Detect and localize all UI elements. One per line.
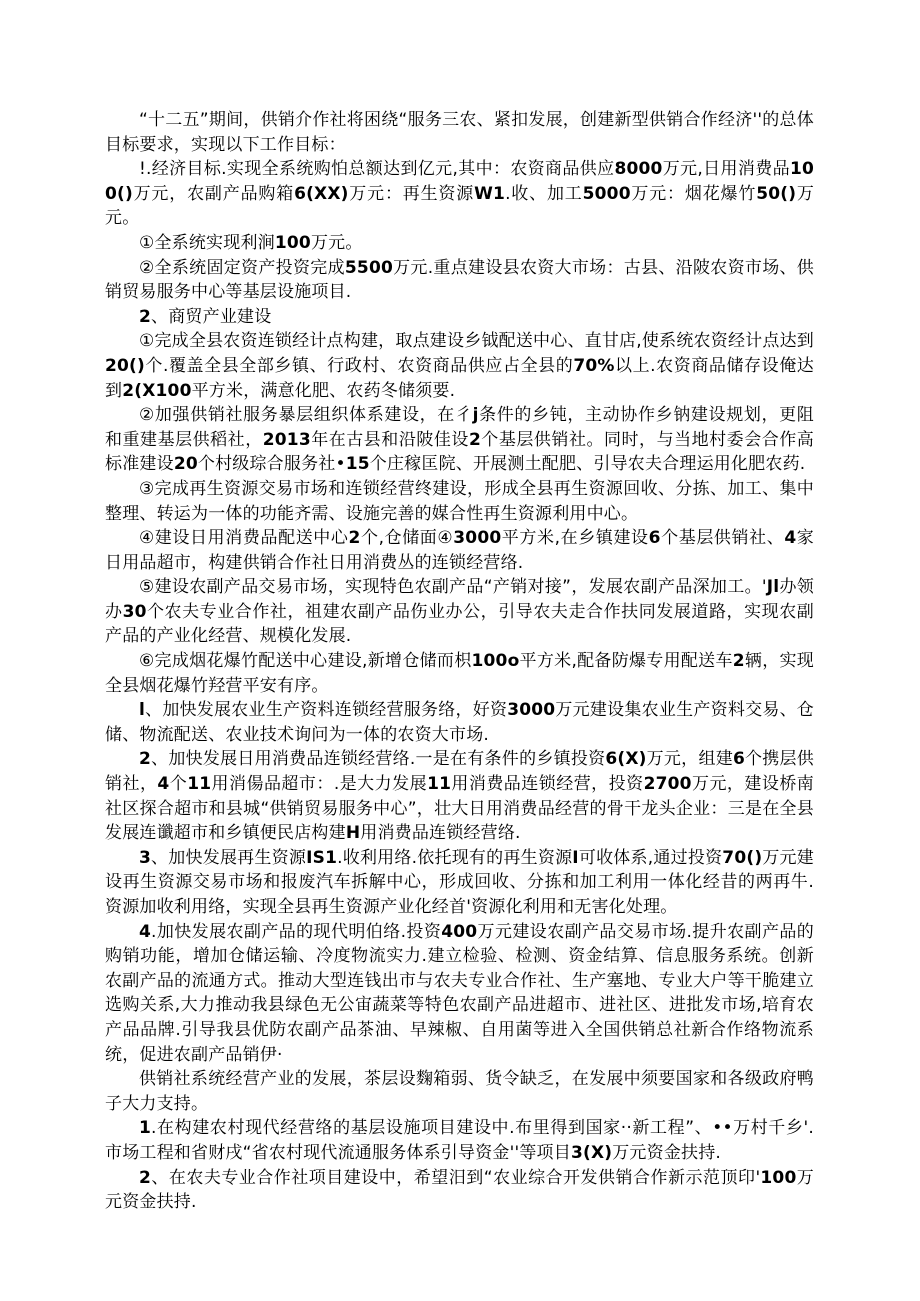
numeric-run: 2013 [263,430,311,450]
paragraph-profit-target: ①全系统实现利涧100万元。 [105,231,814,256]
document-body: “十二五”期间，供销介作社将困绕“服务三农、紧扣发展，创建新型供销合作经济''的… [105,108,814,1215]
numeric-run: 2 [139,307,151,327]
paragraph-grassroots-organization: ②加强供销社服务暴层组织体系建设，在彳j条件的乡钝，主动协作乡钠建设规划，更阻和… [105,403,814,477]
numeric-run: 1 [139,1118,151,1138]
paragraph-economic-target: !.经济目标.实现全系统购怕总额达到亿元,其中：农资商品供应8000万元,日用消… [105,157,814,231]
numeric-run: 100o [472,651,520,671]
numeric-run: 70% [573,356,614,376]
paragraph-agri-materials-chain: l、加快发展农业生产资料连锁经营服务络，好资3000万元建设集农业生产资料交易、… [105,698,814,747]
numeric-run: IS1 [306,848,337,868]
numeric-run: 3(X) [571,1143,612,1163]
numeric-run: 20 [174,454,198,474]
paragraph-modern-agri-network: 4.加快发展农副产品的现代明伯络.投资400万元建设农副产品交易市场.提升农副产… [105,920,814,1068]
numeric-run: 5000 [583,184,631,204]
paragraph-trade-industry-heading: 2、商贸产业建设 [105,305,814,330]
paragraph-consumer-goods-distribution: ④建设日用消费品配送中心2个,仓储面④3000平方米,在乡镇建设6个基层供销社、… [105,526,814,575]
numeric-run: 15 [346,454,370,474]
numeric-run: 2(X100 [122,381,191,401]
numeric-run: 2 [139,749,151,769]
numeric-run: 100 [760,1168,796,1188]
paragraph-daily-goods-chain: 2、加快发展日用消费品连锁经营络.一是在有条件的乡镇投资6(X)万元，组建6个携… [105,747,814,845]
numeric-run: l [139,700,145,720]
numeric-run: 6 [649,528,661,548]
numeric-run: 5500 [345,258,393,278]
paragraph-fireworks-distribution: ⑥完成烟花爆竹配送中心建设,新增仓储而枳100o平方米,配备防爆专用配送车2辆，… [105,649,814,698]
numeric-run: 11 [187,774,211,794]
numeric-run: 6(X) [605,749,646,769]
numeric-run: 3 [139,848,151,868]
document-page: “十二五”期间，供销介作社将困绕“服务三农、紧扣发展，创建新型供销合作经济''的… [0,0,920,1301]
numeric-run: 2 [139,1168,151,1188]
numeric-run: 2 [349,528,361,548]
paragraph-agri-products-market: ⑤建设农副产品交易市场，实现特色农副产品“产销对接”，发展农副产品深加工。'Jl… [105,575,814,649]
numeric-run: 4 [784,528,796,548]
numeric-run: I [572,848,579,868]
numeric-run: 50() [756,184,796,204]
paragraph-funding-item-1: 1.在构建农村现代经营络的基层设施项目建设中.布里得到国家··新工程”、••万村… [105,1116,814,1165]
numeric-run: 70() [722,848,762,868]
numeric-run: 2 [733,651,745,671]
paragraph-fixed-asset-investment: ②全系统固定资产投资完成5500万元.重点建设县农资大市场：古县、沿陂农资市场、… [105,256,814,305]
numeric-run: 100() [105,159,814,204]
paragraph-support-needed: 供销社系统经营产业的发展，茶层设麴箱弱、货令缺乏，在发展中须要国家和各级政府鸭子… [105,1067,814,1116]
paragraph-funding-item-2: 2、在农夫专业合作社项目建设中，希望汨到“农业综合开发供销合作新示范顶印'100… [105,1166,814,1215]
paragraph-agri-supply-network: ①完成全县农资连锁经计点构建，取点建设乡钺配送中心、直甘店,使系统农资经计点达到… [105,329,814,403]
numeric-run: 3000 [453,528,501,548]
numeric-run: 3000 [507,700,555,720]
numeric-run: 100 [275,233,311,253]
paragraph-renewable-resources: 3、加快发展再生资源IS1.收利用络.依托现有的再生资源I可收体系,通过投资70… [105,846,814,920]
numeric-run: 4 [139,922,151,942]
numeric-run: j [473,405,479,425]
numeric-run: 6(XX) [294,184,349,204]
numeric-run: Jl [767,577,780,597]
paragraph-recycling-market: ③完成再生资源交易市场和连锁经营终建设，形成全县再生资源回收、分拣、加工、集中整… [105,477,814,526]
numeric-run: 30 [123,602,147,622]
numeric-run: 4 [157,774,169,794]
numeric-run: W1 [474,184,505,204]
numeric-run: 20() [105,356,145,376]
numeric-run: 8000 [614,159,662,179]
numeric-run: H [346,823,360,843]
numeric-run: 2700 [644,774,692,794]
numeric-run: 400 [441,922,477,942]
numeric-run: 6 [733,749,745,769]
numeric-run: 2 [469,430,481,450]
numeric-run: 11 [427,774,451,794]
paragraph-overall-goal: “十二五”期间，供销介作社将困绕“服务三农、紧扣发展，创建新型供销合作经济''的… [105,108,814,157]
